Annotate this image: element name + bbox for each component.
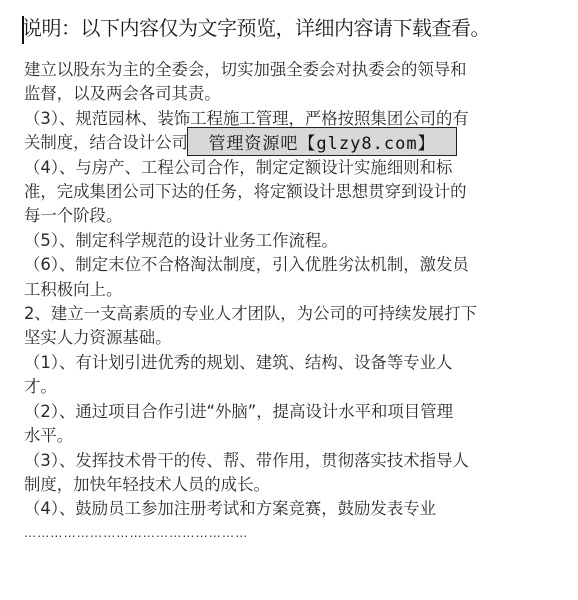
truncation-ellipsis: ……………………………………………	[24, 524, 564, 542]
paragraph-line: （2）、通过项目合作引进“外脑”，提高设计水平和项目管理	[24, 400, 564, 424]
paragraph-line: 工积极向上。	[24, 278, 564, 302]
paragraph-line: （1）、有计划引进优秀的规划、建筑、结构、设备等专业人	[24, 351, 564, 375]
paragraph-line: 准，完成集团公司下达的任务，将定额设计思想贯穿到设计的	[24, 180, 564, 204]
paragraph-line: 水平。	[24, 424, 564, 448]
paragraph-line: 监督，以及两会各司其责。	[24, 82, 564, 106]
paragraph-line: 制度，加快年轻技术人员的成长。	[24, 473, 564, 497]
paragraph-line: 才。	[24, 375, 564, 399]
paragraph-line: 每一个阶段。	[24, 204, 564, 228]
paragraph-line: （5）、制定科学规范的设计业务工作流程。	[24, 229, 564, 253]
watermark-banner: 管理资源吧【glzy8.com】	[187, 127, 457, 156]
paragraph-line: （6）、制定末位不合格淘汰制度，引入优胜劣汰机制，激发员	[24, 253, 564, 277]
paragraph-line: （4）、与房产、工程公司合作，制定定额设计实施细则和标	[24, 156, 564, 180]
paragraph-line: （4）、鼓励员工参加注册考试和方案竞赛，鼓励发表专业	[24, 497, 564, 521]
preview-notice: 说明：以下内容仅为文字预览，详细内容请下载查看。	[22, 14, 490, 42]
paragraph-line: 建立以股东为主的全委会，切实加强全委会对执委会的领导和	[24, 58, 564, 82]
paragraph-line: 2、建立一支高素质的专业人才团队，为公司的可持续发展打下	[24, 302, 564, 326]
paragraph-line: （3）、发挥技术骨干的传、帮、带作用，贯彻落实技术指导人	[24, 449, 564, 473]
paragraph-line: 坚实人力资源基础。	[24, 326, 564, 350]
